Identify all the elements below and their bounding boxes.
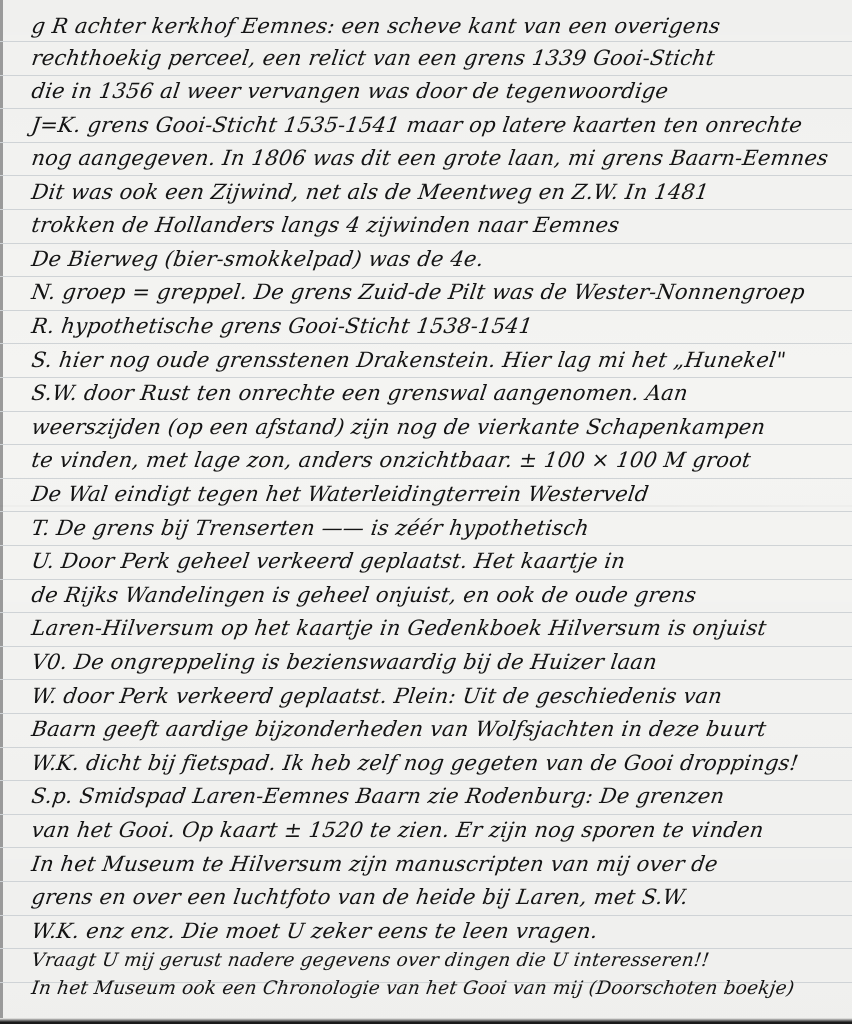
rule-line: [0, 444, 852, 445]
rule-line: [0, 142, 852, 143]
text-line: De Bierweg (bier-smokkelpad) was de 4e.: [30, 247, 835, 271]
rule-line: [0, 41, 852, 42]
rule-line: [0, 646, 852, 647]
rule-line: [0, 411, 852, 412]
text-line: S. hier nog oude grensstenen Drakenstein…: [30, 348, 835, 372]
text-line: grens en over een luchtfoto van de heide…: [30, 885, 835, 909]
text-line: g R achter kerkhof Eemnes: een scheve ka…: [30, 14, 835, 38]
text-line: U. Door Perk geheel verkeerd geplaatst. …: [30, 549, 835, 573]
text-line: de Rijks Wandelingen is geheel onjuist, …: [30, 583, 835, 607]
rule-line: [0, 713, 852, 714]
rule-line: [0, 747, 852, 748]
rule-line: [0, 175, 852, 176]
rule-line: [0, 243, 852, 244]
rule-line: [0, 948, 852, 949]
page-left-edge: [0, 0, 3, 1024]
rule-line: [0, 343, 852, 344]
text-line: nog aangegeven. In 1806 was dit een grot…: [30, 146, 835, 170]
rule-line: [0, 545, 852, 546]
text-line: N. groep = greppel. De grens Zuid-de Pil…: [30, 280, 835, 304]
rule-line: [0, 209, 852, 210]
text-line: T. De grens bij Trenserten —— is zéér hy…: [30, 516, 835, 540]
rule-line: [0, 310, 852, 311]
rule-line: [0, 881, 852, 882]
text-line: Vraagt U mij gerust nadere gegevens over…: [30, 950, 835, 971]
text-line: W.K. dicht bij fietspad. Ik heb zelf nog…: [30, 751, 835, 775]
text-line: S.W. door Rust ten onrechte een grenswal…: [30, 381, 835, 405]
text-line: S.p. Smidspad Laren-Eemnes Baarn zie Rod…: [30, 784, 835, 808]
rule-line: [0, 612, 852, 613]
rule-line: [0, 511, 852, 512]
rule-line: [0, 780, 852, 781]
text-line: De Wal eindigt tegen het Waterleidingter…: [30, 482, 835, 506]
rule-line: [0, 679, 852, 680]
text-line: van het Gooi. Op kaart ± 1520 te zien. E…: [30, 818, 835, 842]
page-bottom-edge: [0, 1018, 852, 1024]
text-line: In het Museum te Hilversum zijn manuscri…: [30, 852, 835, 876]
text-line: Laren-Hilversum op het kaartje in Gedenk…: [30, 616, 835, 640]
rule-line: [0, 915, 852, 916]
rule-line: [0, 377, 852, 378]
text-line: In het Museum ook een Chronologie van he…: [30, 978, 835, 999]
rule-line: [0, 478, 852, 479]
text-line: Baarn geeft aardige bijzonderheden van W…: [30, 717, 835, 741]
rule-line: [0, 276, 852, 277]
text-line: weerszijden (op een afstand) zijn nog de…: [30, 415, 835, 439]
rule-line: [0, 75, 852, 76]
rule-line: [0, 579, 852, 580]
text-line: rechthoekig perceel, een relict van een …: [30, 46, 835, 70]
text-line: W. door Perk verkeerd geplaatst. Plein: …: [30, 684, 835, 708]
text-line: V0. De ongreppeling is bezienswaardig bi…: [30, 650, 835, 674]
rule-line: [0, 847, 852, 848]
text-line: J=K. grens Gooi-Sticht 1535-1541 maar op…: [30, 113, 835, 137]
text-line: Dit was ook een Zijwind, net als de Meen…: [30, 180, 835, 204]
text-line: R. hypothetische grens Gooi-Sticht 1538-…: [30, 314, 835, 338]
text-line: trokken de Hollanders langs 4 zijwinden …: [30, 213, 835, 237]
rule-line: [0, 108, 852, 109]
letter-page: g R achter kerkhof Eemnes: een scheve ka…: [0, 0, 852, 1024]
text-line: die in 1356 al weer vervangen was door d…: [30, 79, 835, 103]
text-line: te vinden, met lage zon, anders onzichtb…: [30, 448, 835, 472]
rule-line: [0, 814, 852, 815]
text-line: W.K. enz enz. Die moet U zeker eens te l…: [30, 919, 835, 943]
